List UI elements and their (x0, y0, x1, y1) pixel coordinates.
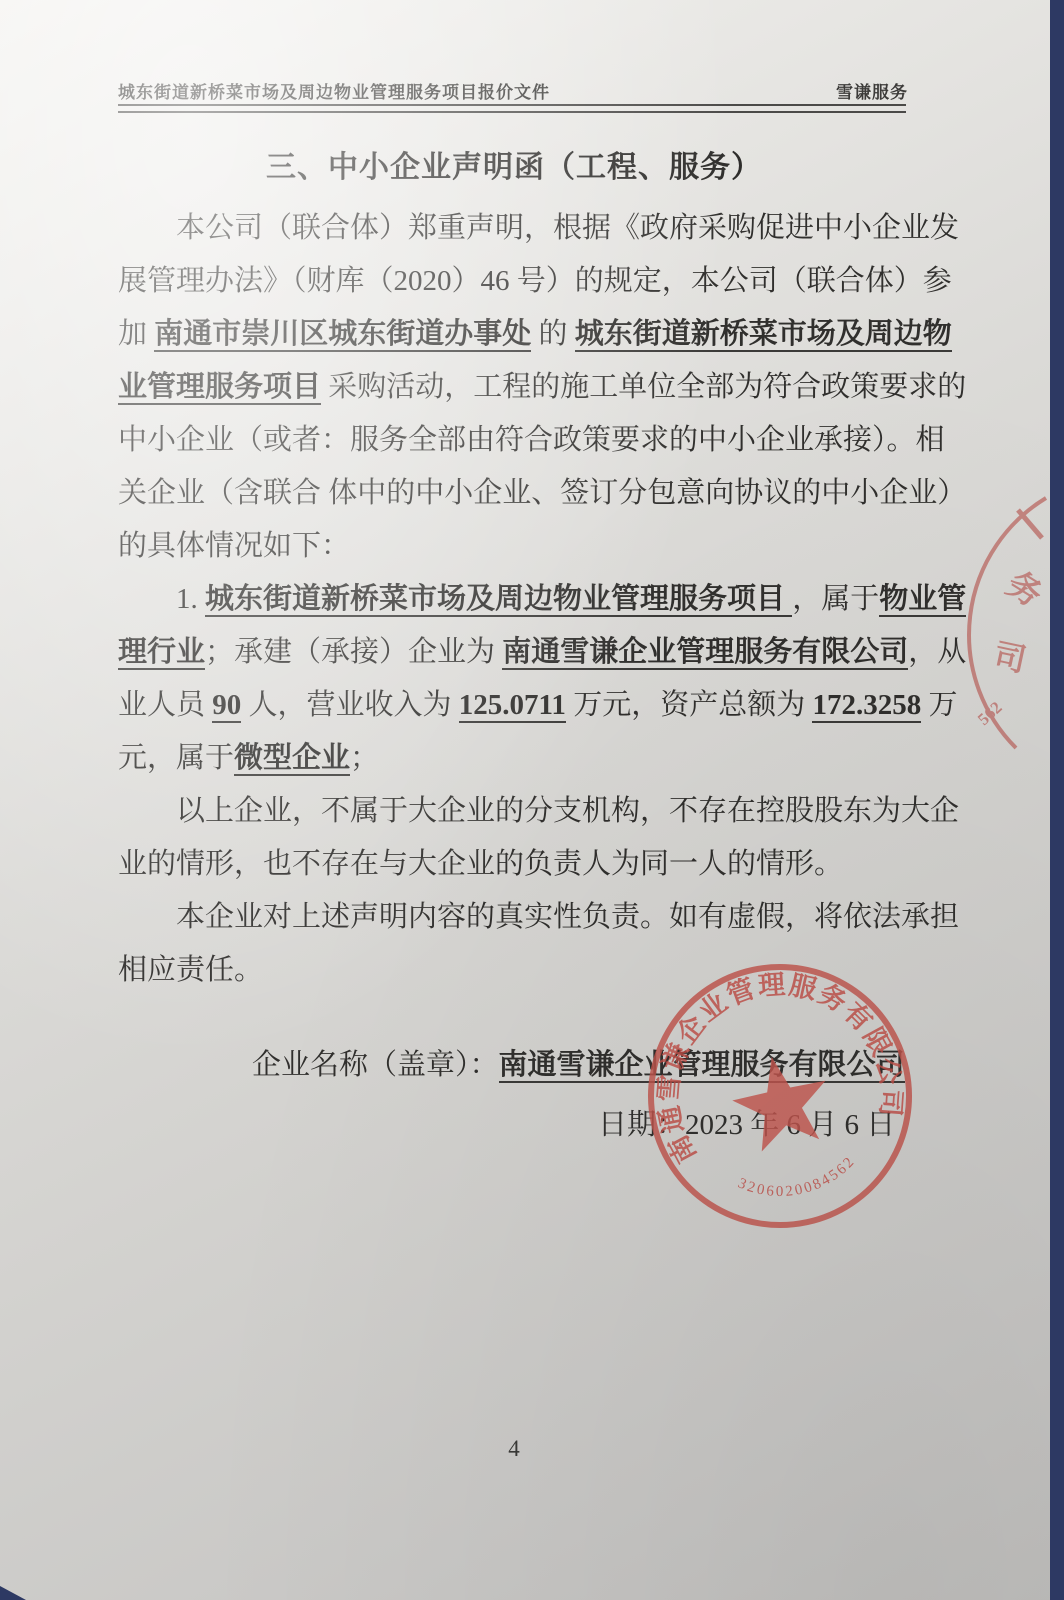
text-segment: ；承建（承接）企业为 (205, 636, 502, 668)
text-line: 业管理服务项目 采购活动，工程的施工单位全部为符合政策要求的 (118, 361, 918, 414)
edge-seal-fragment: 务 司 562 (958, 480, 1050, 780)
text-line: 本企业对上述声明内容的真实性负责。如有虚假，将依法承担 (118, 891, 918, 944)
text-segment: 的 (531, 318, 575, 350)
text-line: 本公司（联合体）郑重声明，根据《政府采购促进中小企业发 (118, 202, 918, 255)
scanned-page: 城东街道新桥菜市场及周边物业管理服务项目报价文件 雪谦服务 三、中小企业声明函（… (0, 0, 1050, 1600)
text-line: 关企业（含联合 体中的中小企业、签订分包意向协议的中小企业） (118, 467, 918, 520)
text-segment: 城东街道新桥菜市场及周边物业管理服务项目 (205, 583, 792, 617)
text-segment: 业人员 (118, 689, 212, 721)
text-segment: 的具体情况如下： (118, 530, 350, 562)
edge-seal-stroke (1018, 510, 1042, 538)
text-segment: 物业管 (879, 583, 966, 617)
text-segment: 万元，资产总额为 (566, 689, 813, 721)
document-lines: 本公司（联合体）郑重声明，根据《政府采购促进中小企业发展管理办法》（财库（202… (118, 202, 918, 997)
seal-serial-text: 3206020084562 (733, 1151, 863, 1211)
text-segment: 南通市崇川区城东街道办事处 (154, 318, 531, 352)
header-right-text: 雪谦服务 (836, 78, 908, 103)
text-segment: 业管理服务项目 (118, 371, 321, 405)
text-segment: 加 (118, 318, 154, 350)
text-segment: 城东街道新桥菜市场及周边物 (575, 318, 952, 352)
text-line: 加 南通市崇川区城东街道办事处 的 城东街道新桥菜市场及周边物 (118, 308, 918, 361)
text-segment: 1. (176, 583, 205, 615)
text-line: 1. 城东街道新桥菜市场及周边物业管理服务项目 ，属于物业管 (118, 573, 918, 626)
text-segment: 南通雪谦企业管理服务有限公司 (502, 636, 908, 670)
edge-seal-char: 司 (991, 637, 1030, 679)
header-double-rule (118, 104, 906, 113)
text-segment: 万 (921, 689, 957, 721)
text-line: 展管理办法》（财库（2020）46 号）的规定，本公司（联合体）参 (118, 255, 918, 308)
text-segment: 关企业（含联合 体中的中小企业、签订分包意向协议的中小企业） (118, 477, 966, 509)
text-line: 中小企业（或者：服务全部由符合政策要求的中小企业承接）。相 (118, 414, 918, 467)
text-segment: 微型企业 (234, 742, 350, 776)
text-segment: 本公司（联合体）郑重声明，根据《政府采购促进中小企业发 (176, 212, 959, 244)
text-segment: 人，营业收入为 (241, 689, 459, 721)
page-number: 4 (118, 1436, 910, 1462)
text-line: 元，属于微型企业； (118, 732, 918, 785)
text-segment: 相应责任。 (118, 954, 263, 986)
text-line: 业的情形，也不存在与大企业的负责人为同一人的情形。 (118, 838, 918, 891)
company-seal-stamp: 南通雪谦企业管理服务有限公司 3206020084562 (614, 930, 946, 1262)
photo-background-corner (0, 1586, 26, 1600)
text-segment: 理行业 (118, 636, 205, 670)
text-segment: 125.0711 (459, 689, 566, 723)
text-segment: ，属于 (792, 583, 879, 615)
text-segment: 本企业对上述声明内容的真实性负责。如有虚假，将依法承担 (176, 901, 959, 933)
text-line: 的具体情况如下： (118, 520, 918, 573)
text-segment: 元，属于 (118, 742, 234, 774)
text-segment: 172.3258 (812, 689, 921, 723)
text-segment: 以上企业，不属于大企业的分支机构，不存在控股股东为大企 (176, 795, 959, 827)
text-line: 业人员 90 人，营业收入为 125.0711 万元，资产总额为 172.325… (118, 679, 918, 732)
text-segment: 业的情形，也不存在与大企业的负责人为同一人的情形。 (118, 848, 843, 880)
text-segment: 90 (212, 689, 241, 723)
text-segment: 中小企业（或者：服务全部由符合政策要求的中小企业承接）。相 (118, 424, 945, 456)
edge-seal-char: 务 (1000, 565, 1049, 615)
text-line: 以上企业，不属于大企业的分支机构，不存在控股股东为大企 (118, 785, 918, 838)
text-segment: 展管理办法》（财库（2020）46 号）的规定，本公司（联合体）参 (118, 265, 952, 297)
text-line: 理行业；承建（承接）企业为 南通雪谦企业管理服务有限公司，从 (118, 626, 918, 679)
page-header: 城东街道新桥菜市场及周边物业管理服务项目报价文件 雪谦服务 (118, 78, 908, 103)
document-title: 三、中小企业声明函（工程、服务） (118, 142, 910, 186)
header-left-text: 城东街道新桥菜市场及周边物业管理服务项目报价文件 (118, 78, 550, 103)
text-segment: ； (350, 742, 379, 774)
text-segment: 采购活动，工程的施工单位全部为符合政策要求的 (321, 371, 966, 403)
signature-label: 企业名称（盖章）： (252, 1049, 499, 1081)
seal-star-icon (725, 1047, 837, 1155)
edge-seal-digits: 562 (974, 698, 1006, 729)
